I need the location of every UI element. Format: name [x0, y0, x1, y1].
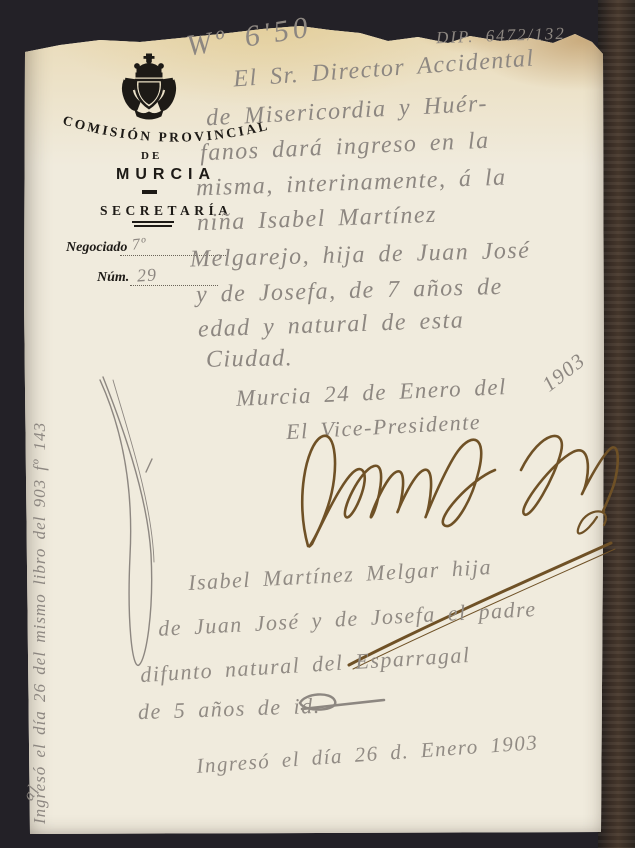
pencil-flourish [0, 0, 635, 848]
margin-note: Ingresó el día 26 del mismo libro del 90… [30, 422, 50, 824]
